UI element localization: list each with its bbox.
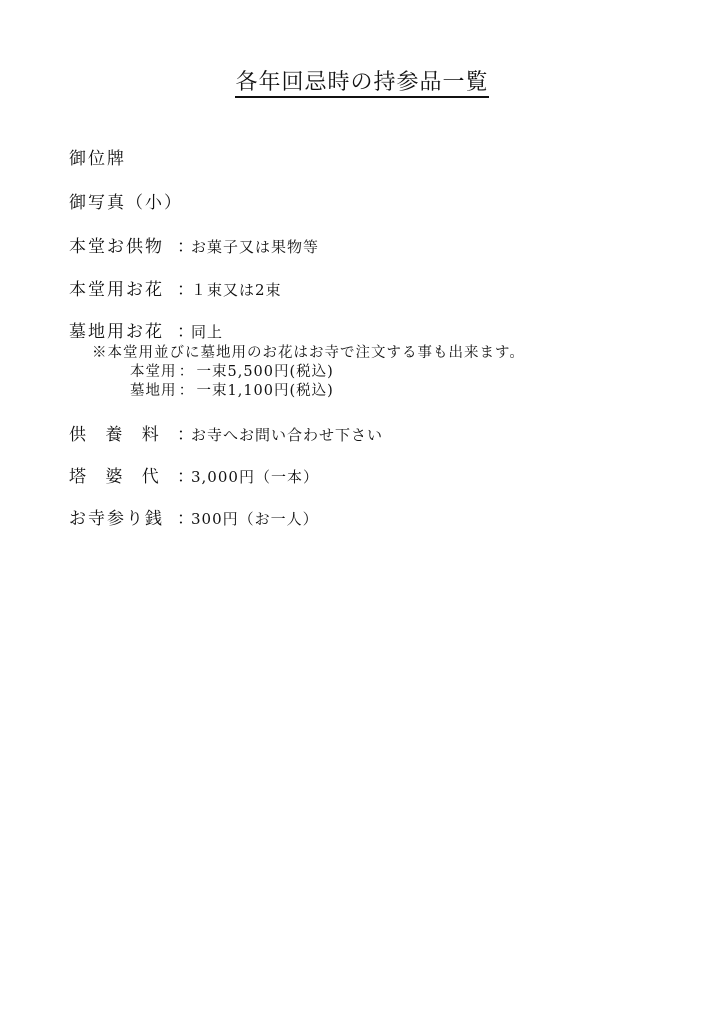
flower-order-note: ※本堂用並びに墓地用のお花はお寺で注文する事も出来ます。 xyxy=(92,345,525,362)
price-hondo: 本堂用：一束5,500円(税込) xyxy=(130,364,334,381)
page-title: 各年回忌時の持参品一覧 xyxy=(0,68,724,98)
item-temple-visit-fee: お寺参り銭：300円（お一人） xyxy=(69,508,319,530)
page-title-text: 各年回忌時の持参品一覧 xyxy=(235,70,488,98)
price-label: 墓地用 xyxy=(130,383,177,399)
item-ihai: 御位牌 xyxy=(69,148,126,170)
price-value: 一束5,500円(税込) xyxy=(197,364,334,380)
item-label: 本堂用お花 xyxy=(69,279,177,301)
price-separator: ： xyxy=(177,383,197,400)
item-label: 塔 婆 代 xyxy=(69,466,177,488)
item-value: お寺へお問い合わせ下さい xyxy=(191,426,383,444)
item-value: 3,000円（一本） xyxy=(191,468,319,486)
item-value: お菓子又は果物等 xyxy=(191,238,319,256)
item-value: １束又は2束 xyxy=(191,281,282,299)
item-hondo-offering: 本堂お供物：お菓子又は果物等 xyxy=(69,236,319,258)
item-hondo-flowers: 本堂用お花：１束又は2束 xyxy=(69,279,282,301)
item-separator: ： xyxy=(177,279,191,301)
item-separator: ： xyxy=(177,321,191,343)
item-label: 供 養 料 xyxy=(69,424,177,446)
price-separator: ： xyxy=(177,364,197,381)
item-toba-fee: 塔 婆 代：3,000円（一本） xyxy=(69,466,319,488)
price-value: 一束1,100円(税込) xyxy=(197,383,334,399)
item-label: 本堂お供物 xyxy=(69,236,177,258)
item-separator: ： xyxy=(177,236,191,258)
item-label: 御写真（小） xyxy=(69,192,183,214)
item-value: 300円（お一人） xyxy=(191,510,319,528)
item-separator: ： xyxy=(177,508,191,530)
item-value: 同上 xyxy=(191,323,223,341)
item-label: お寺参り銭 xyxy=(69,508,177,530)
item-offering-fee: 供 養 料：お寺へお問い合わせ下さい xyxy=(69,424,383,446)
price-grave: 墓地用：一束1,100円(税込) xyxy=(130,383,334,400)
item-separator: ： xyxy=(177,466,191,488)
item-grave-flowers: 墓地用お花：同上 xyxy=(69,321,223,343)
item-separator: ： xyxy=(177,424,191,446)
price-label: 本堂用 xyxy=(130,364,177,380)
item-label: 墓地用お花 xyxy=(69,321,177,343)
item-photo: 御写真（小） xyxy=(69,192,183,214)
item-label: 御位牌 xyxy=(69,148,126,170)
